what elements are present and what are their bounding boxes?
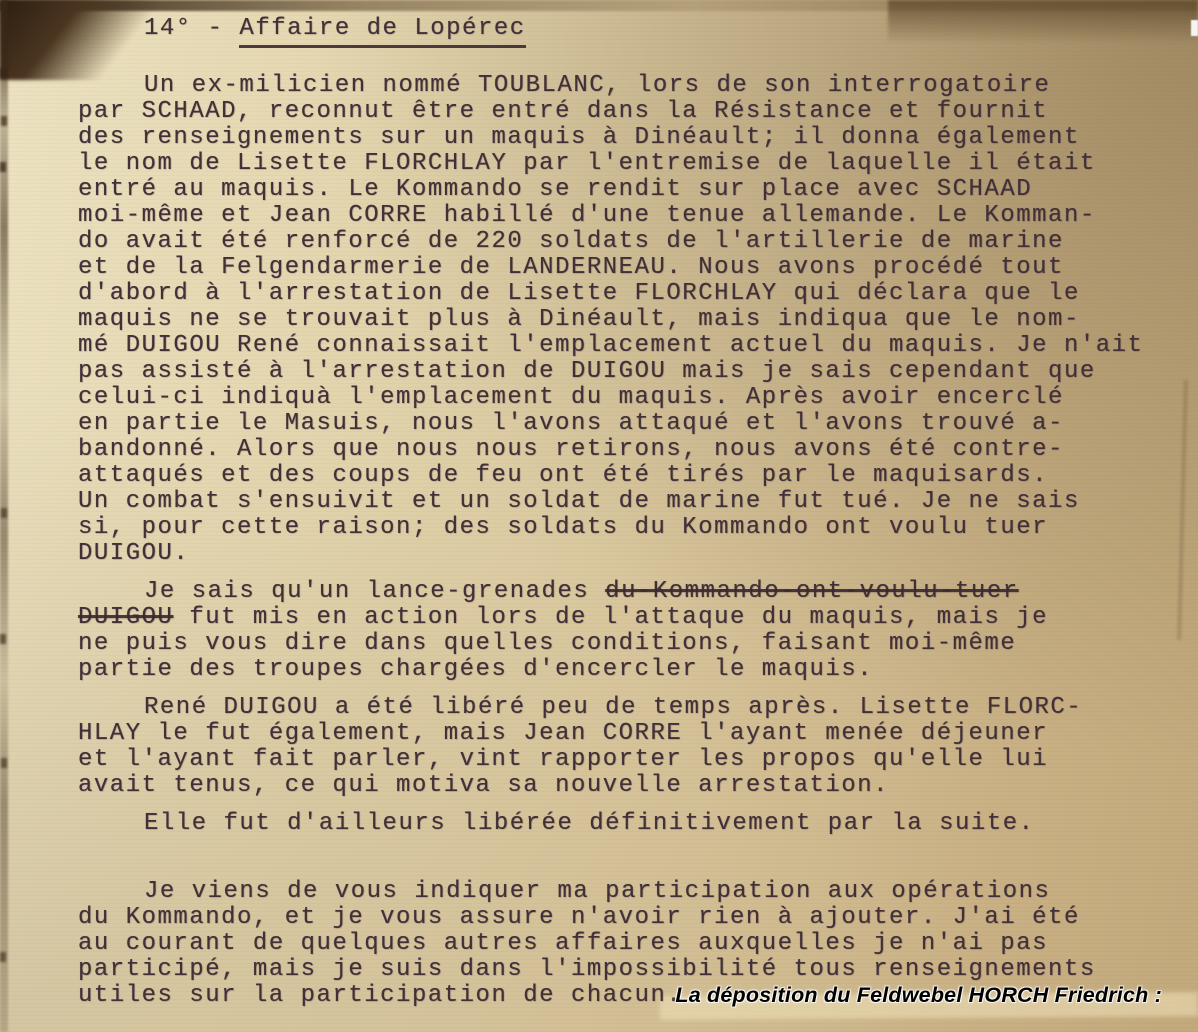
text-line: partie des troupes chargées d'encercler …: [78, 657, 1178, 683]
struck-text: du-Kommando-ont-voulu-tuer: [605, 578, 1018, 605]
text-line: celui-ci indiquà l'emplacement du maquis…: [78, 385, 1178, 411]
text-segment: du Kommando, et je vous assure n'avoir r…: [78, 904, 1080, 931]
text-segment: participé, mais je suis dans l'impossibi…: [78, 956, 1096, 983]
text-segment: par SCHAAD, reconnut être entré dans la …: [78, 98, 1048, 125]
text-segment: avait tenus, ce qui motiva sa nouvelle a…: [78, 772, 889, 799]
text-segment: bandonné. Alors que nous nous retirons, …: [78, 436, 1064, 463]
text-line: et l'ayant fait parler, vint rapporter l…: [78, 747, 1178, 773]
text-segment: utiles sur la participation de chacun.: [78, 982, 682, 1009]
text-line: mé DUIGOU René connaissait l'emplacement…: [78, 333, 1178, 359]
section-title-underlined: Affaire de Lopérec: [239, 15, 525, 48]
paragraph: Je sais qu'un lance-grenades du-Kommando…: [78, 579, 1178, 683]
text-line: bandonné. Alors que nous nous retirons, …: [78, 437, 1178, 463]
text-segment: et l'ayant fait parler, vint rapporter l…: [78, 746, 1048, 773]
text-line: Elle fut d'ailleurs libérée définitiveme…: [78, 811, 1178, 837]
text-segment: HLAY le fut également, mais Jean CORRE l…: [78, 720, 1048, 747]
text-line: attaqués et des coups de feu ont été tir…: [78, 463, 1178, 489]
text-segment: maquis ne se trouvait plus à Dinéault, m…: [78, 306, 1080, 333]
text-line: moi-même et Jean CORRE habillé d'une ten…: [78, 203, 1178, 229]
text-line: des renseignements sur un maquis à Dinéa…: [78, 125, 1178, 151]
struck-text: DUIGOU: [78, 604, 173, 631]
document-body: Un ex-milicien nommé TOUBLANC, lors de s…: [78, 73, 1178, 1009]
paper-crease: [1178, 380, 1188, 640]
text-line: avait tenus, ce qui motiva sa nouvelle a…: [78, 773, 1178, 799]
text-segment: Un ex-milicien nommé TOUBLANC, lors de s…: [144, 72, 1050, 99]
text-segment: le nom de Lisette FLORCHLAY par l'entrem…: [78, 150, 1096, 177]
text-segment: Je viens de vous indiquer ma participati…: [144, 878, 1050, 905]
text-segment: partie des troupes chargées d'encercler …: [78, 656, 873, 683]
text-segment: ne puis vous dire dans quelles condition…: [78, 630, 1016, 657]
text-line: du Kommando, et je vous assure n'avoir r…: [78, 905, 1178, 931]
text-line: en partie le Masuis, nous l'avons attaqu…: [78, 411, 1178, 437]
text-segment: do avait été renforcé de 220 soldats de …: [78, 228, 1064, 255]
text-segment: et de la Felgendarmerie de LANDERNEAU. N…: [78, 254, 1064, 281]
photo-caption: La déposition du Feldwebel HORCH Friedri…: [675, 983, 1162, 1008]
text-segment: attaqués et des coups de feu ont été tir…: [78, 462, 1048, 489]
section-title: 14° - Affaire de Lopérec: [78, 16, 1178, 42]
text-line: Je viens de vous indiquer ma participati…: [78, 879, 1178, 905]
text-line: ne puis vous dire dans quelles condition…: [78, 631, 1178, 657]
text-line: HLAY le fut également, mais Jean CORRE l…: [78, 721, 1178, 747]
text-segment: fut mis en action lors de l'attaque du m…: [173, 604, 1048, 631]
paragraph: René DUIGOU a été libéré peu de temps ap…: [78, 695, 1178, 799]
section-number: 14° -: [144, 15, 239, 42]
text-segment: pas assisté à l'arrestation de DUIGOU ma…: [78, 358, 1096, 385]
typewritten-text: 14° - Affaire de Lopérec Un ex-milicien …: [78, 16, 1178, 1009]
text-line: et de la Felgendarmerie de LANDERNEAU. N…: [78, 255, 1178, 281]
paper-edge-specks: [0, 0, 6, 10]
text-segment: entré au maquis. Le Kommando se rendit s…: [78, 176, 1032, 203]
text-line: René DUIGOU a été libéré peu de temps ap…: [78, 695, 1178, 721]
text-line: maquis ne se trouvait plus à Dinéault, m…: [78, 307, 1178, 333]
paper-edge-left: [0, 0, 8, 1032]
text-line: DUIGOU fut mis en action lors de l'attaq…: [78, 605, 1178, 631]
text-line: DUIGOU.: [78, 541, 1178, 567]
text-line: par SCHAAD, reconnut être entré dans la …: [78, 99, 1178, 125]
text-segment: d'abord à l'arrestation de Lisette FLORC…: [78, 280, 1080, 307]
text-line: entré au maquis. Le Kommando se rendit s…: [78, 177, 1178, 203]
text-segment: au courant de quelques autres affaires a…: [78, 930, 1048, 957]
text-segment: celui-ci indiquà l'emplacement du maquis…: [78, 384, 1064, 411]
text-line: d'abord à l'arrestation de Lisette FLORC…: [78, 281, 1178, 307]
text-line: au courant de quelques autres affaires a…: [78, 931, 1178, 957]
text-line: Un ex-milicien nommé TOUBLANC, lors de s…: [78, 73, 1178, 99]
text-segment: en partie le Masuis, nous l'avons attaqu…: [78, 410, 1064, 437]
text-segment: DUIGOU.: [78, 540, 189, 567]
text-line: do avait été renforcé de 220 soldats de …: [78, 229, 1178, 255]
text-line: Un combat s'ensuivit et un soldat de mar…: [78, 489, 1178, 515]
text-segment: René DUIGOU a été libéré peu de temps ap…: [144, 694, 1082, 721]
text-segment: mé DUIGOU René connaissait l'emplacement…: [78, 332, 1143, 359]
paragraph: Un ex-milicien nommé TOUBLANC, lors de s…: [78, 73, 1178, 567]
text-segment: moi-même et Jean CORRE habillé d'une ten…: [78, 202, 1096, 229]
text-line: pas assisté à l'arrestation de DUIGOU ma…: [78, 359, 1178, 385]
text-line: participé, mais je suis dans l'impossibi…: [78, 957, 1178, 983]
text-line: le nom de Lisette FLORCHLAY par l'entrem…: [78, 151, 1178, 177]
text-line: si, pour cette raison; des soldats du Ko…: [78, 515, 1178, 541]
text-segment: des renseignements sur un maquis à Dinéa…: [78, 124, 1080, 151]
text-segment: si, pour cette raison; des soldats du Ko…: [78, 514, 1048, 541]
paragraph: Elle fut d'ailleurs libérée définitiveme…: [78, 811, 1178, 837]
text-segment: Elle fut d'ailleurs libérée définitiveme…: [144, 810, 1035, 837]
document-photo: 14° - Affaire de Lopérec Un ex-milicien …: [0, 0, 1198, 1032]
text-line: Je sais qu'un lance-grenades du-Kommando…: [78, 579, 1178, 605]
text-segment: Un combat s'ensuivit et un soldat de mar…: [78, 488, 1080, 515]
white-mark: [1191, 20, 1198, 36]
text-segment: Je sais qu'un lance-grenades: [144, 578, 605, 605]
